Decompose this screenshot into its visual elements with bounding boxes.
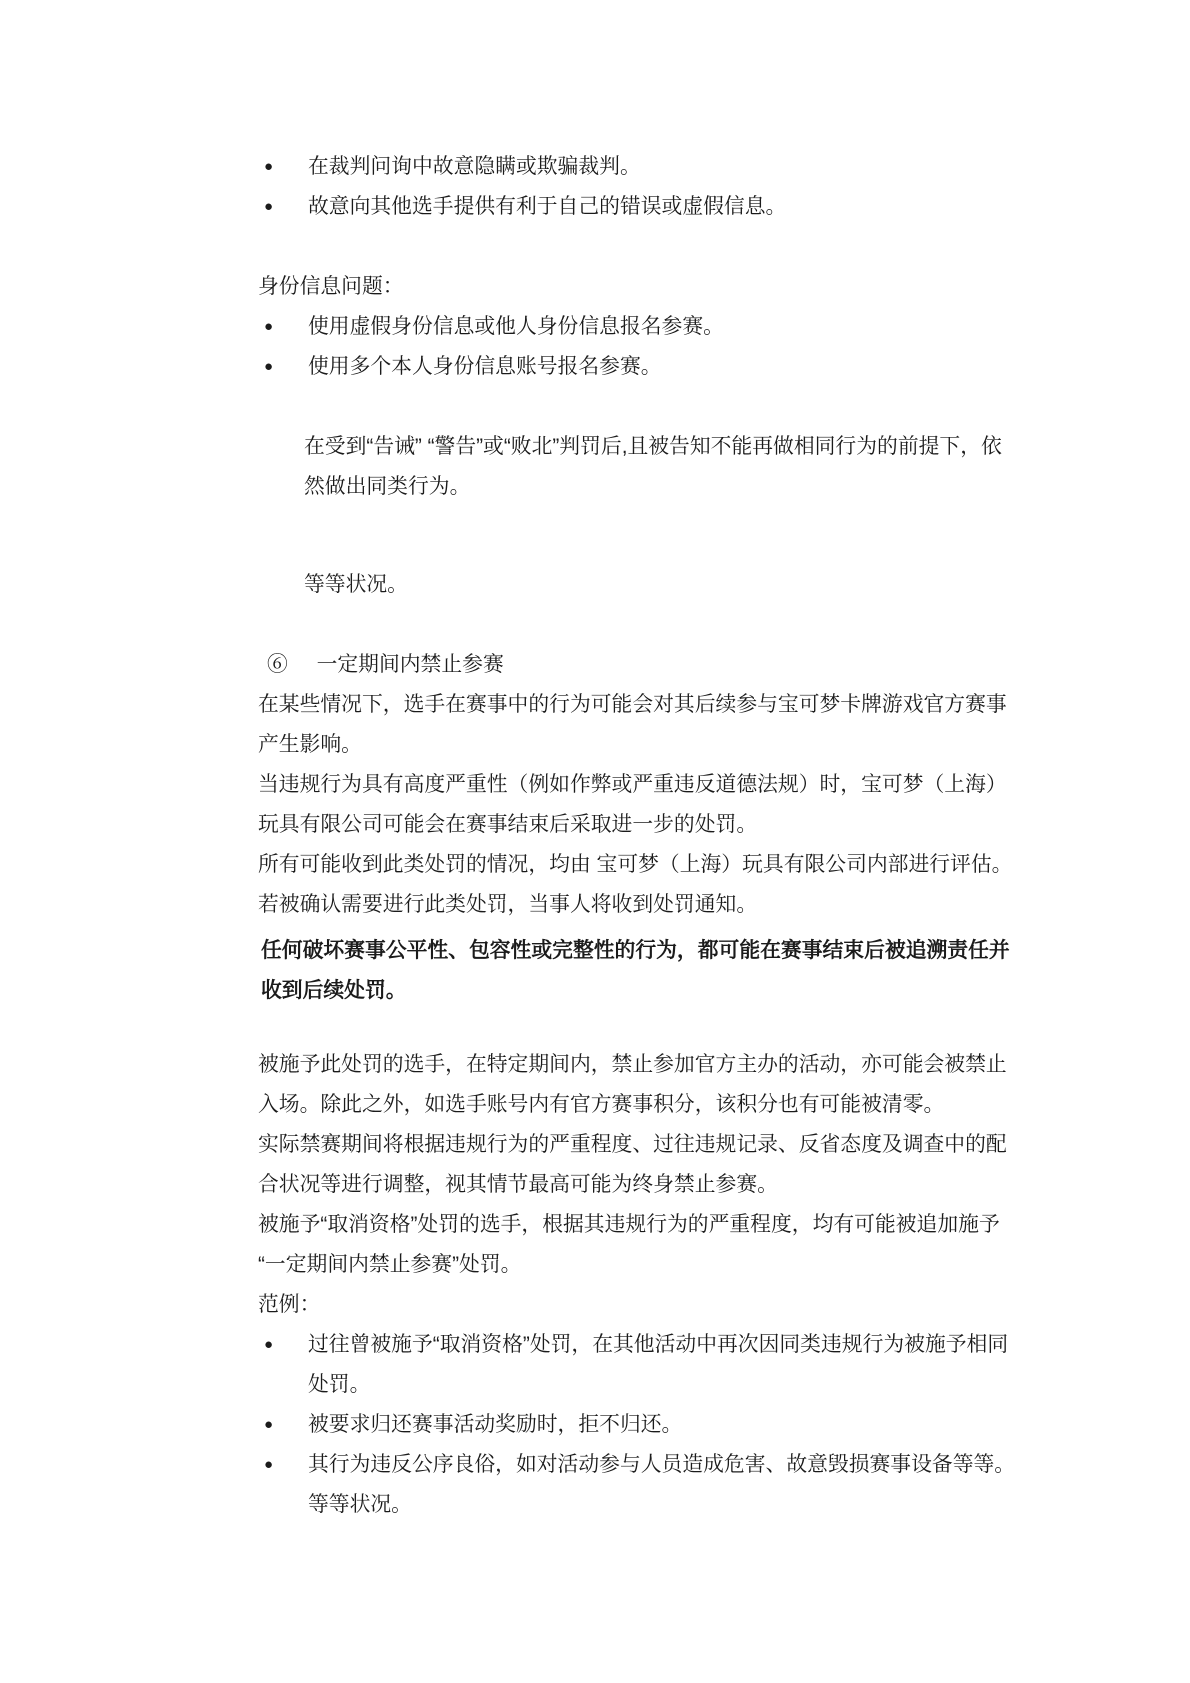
bullet-icon: ● bbox=[264, 147, 273, 187]
list-item: ● 被要求归还赛事活动奖励时，拒不归还。 bbox=[258, 1405, 1018, 1445]
section6-paragraph: 所有可能收到此类处罚的情况，均由 宝可梦（上海）玩具有限公司内部进行评估。若被确… bbox=[258, 845, 1018, 925]
bullet-icon: ● bbox=[264, 1325, 273, 1365]
bullet-icon: ● bbox=[264, 187, 273, 227]
list-item-text: 被要求归还赛事活动奖励时，拒不归还。 bbox=[308, 1413, 682, 1436]
section6-paragraph: 当违规行为具有高度严重性（例如作弊或严重违反道德法规）时，宝可梦（上海）玩具有限… bbox=[258, 765, 1018, 845]
bullet-icon: ● bbox=[264, 1405, 273, 1445]
penalty-paragraph: 实际禁赛期间将根据违规行为的严重程度、过往违规记录、反省态度及调查中的配合状况等… bbox=[258, 1125, 1018, 1205]
examples-bullet-list: ● 过往曾被施予“取消资格”处罚，在其他活动中再次因同类违规行为被施予相同处罚。… bbox=[258, 1325, 1018, 1525]
list-item-text: 使用虚假身份信息或他人身份信息报名参赛。 bbox=[308, 315, 724, 338]
identity-bullet-list: ● 使用虚假身份信息或他人身份信息报名参赛。 ● 使用多个本人身份信息账号报名参… bbox=[258, 307, 1018, 387]
retroactive-penalty-notice: 任何破坏赛事公平性、包容性或完整性的行为，都可能在赛事结束后被追溯责任并收到后续… bbox=[258, 931, 1018, 1011]
list-item: ● 过往曾被施予“取消资格”处罚，在其他活动中再次因同类违规行为被施予相同处罚。 bbox=[258, 1325, 1018, 1405]
list-item-text: 故意向其他选手提供有利于自己的错误或虚假信息。 bbox=[308, 195, 786, 218]
bullet-icon: ● bbox=[264, 347, 273, 387]
judge-misconduct-bullet-list: ● 在裁判问询中故意隐瞒或欺骗裁判。 ● 故意向其他选手提供有利于自己的错误或虚… bbox=[258, 147, 1018, 227]
list-item: ● 使用多个本人身份信息账号报名参赛。 bbox=[258, 347, 1018, 387]
section6-number: ⑥ bbox=[267, 653, 288, 676]
list-item: ● 其行为违反公序良俗，如对活动参与人员造成危害、故意毁损赛事设备等等。 等等状… bbox=[258, 1445, 1018, 1525]
repeat-offense-paragraph: 在受到“告诫” “警告”或“败北”判罚后,且被告知不能再做相同行为的前提下，依然… bbox=[304, 427, 1018, 507]
section6-paragraph: 在某些情况下，选手在赛事中的行为可能会对其后续参与宝可梦卡牌游戏官方赛事产生影响… bbox=[258, 685, 1018, 765]
bullet-icon: ● bbox=[264, 307, 273, 347]
document-page: ● 在裁判问询中故意隐瞒或欺骗裁判。 ● 故意向其他选手提供有利于自己的错误或虚… bbox=[0, 0, 1190, 1683]
list-item: ● 在裁判问询中故意隐瞒或欺骗裁判。 bbox=[258, 147, 1018, 187]
list-item-text: 其行为违反公序良俗，如对活动参与人员造成危害、故意毁损赛事设备等等。 bbox=[308, 1453, 1015, 1476]
document-body: ● 在裁判问询中故意隐瞒或欺骗裁判。 ● 故意向其他选手提供有利于自己的错误或虚… bbox=[258, 147, 1018, 1525]
bullet-icon: ● bbox=[264, 1445, 273, 1485]
penalty-paragraph: 被施予此处罚的选手，在特定期间内，禁止参加官方主办的活动，亦可能会被禁止入场。除… bbox=[258, 1045, 1018, 1125]
section6-title: 一定期间内禁止参赛 bbox=[317, 653, 504, 676]
list-item-text: 使用多个本人身份信息账号报名参赛。 bbox=[308, 355, 662, 378]
etc-note-top: 等等状况。 bbox=[304, 565, 1018, 605]
etc-note-bottom: 等等状况。 bbox=[308, 1485, 1018, 1525]
list-item-text: 在裁判问询中故意隐瞒或欺骗裁判。 bbox=[308, 155, 641, 178]
list-item: ● 使用虚假身份信息或他人身份信息报名参赛。 bbox=[258, 307, 1018, 347]
penalty-paragraph: 被施予“取消资格”处罚的选手，根据其违规行为的严重程度，均有可能被追加施予“一定… bbox=[258, 1205, 1018, 1285]
identity-section-heading: 身份信息问题： bbox=[258, 267, 1018, 307]
examples-label: 范例： bbox=[258, 1285, 1018, 1325]
list-item: ● 故意向其他选手提供有利于自己的错误或虚假信息。 bbox=[258, 187, 1018, 227]
list-item-text: 过往曾被施予“取消资格”处罚，在其他活动中再次因同类违规行为被施予相同处罚。 bbox=[308, 1333, 1008, 1396]
section6-heading: ⑥ 一定期间内禁止参赛 bbox=[267, 645, 1018, 685]
